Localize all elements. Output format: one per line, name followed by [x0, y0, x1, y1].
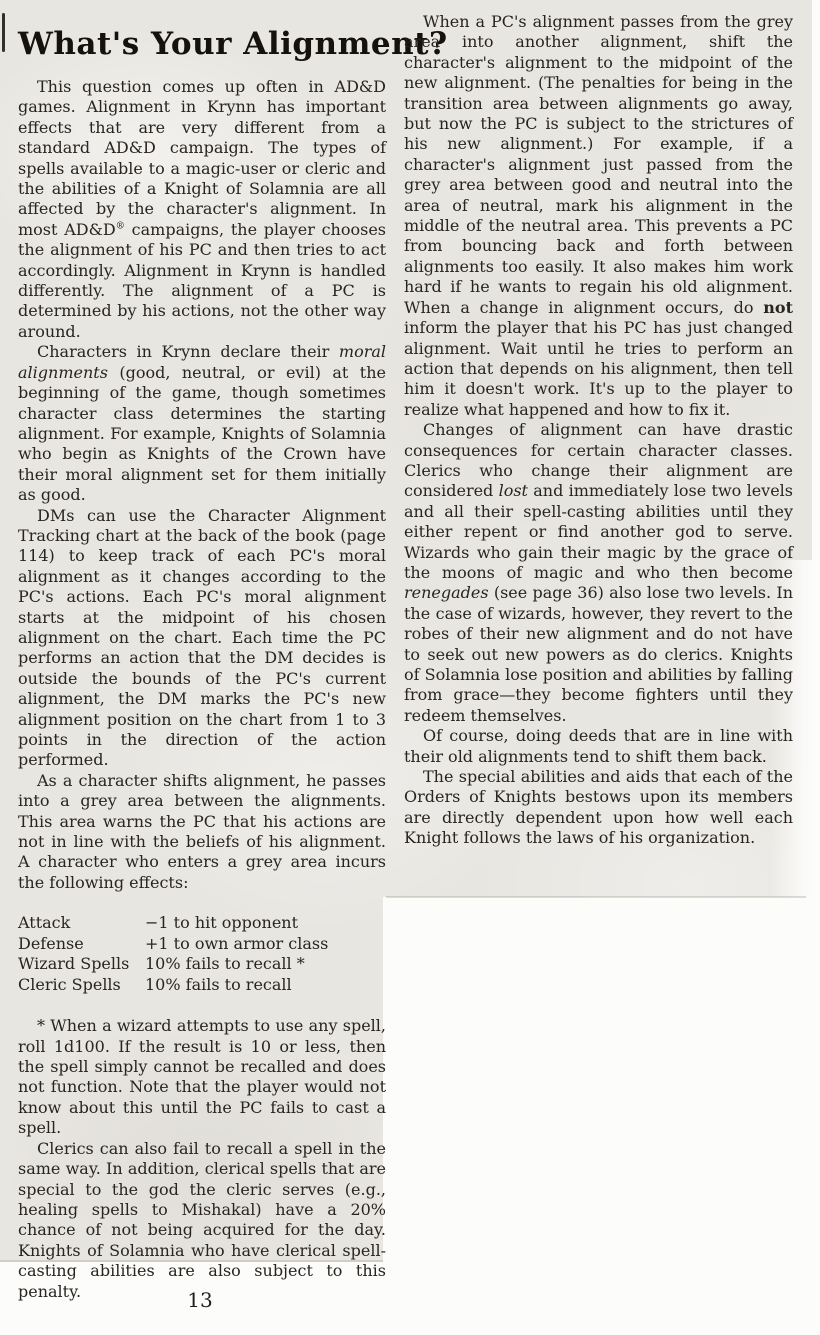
left-column: What's Your Alignment? This question com…	[18, 26, 386, 1302]
table-row: Attack −1 to hit opponent	[18, 913, 386, 934]
paragraph: The special abilities and aids that each…	[404, 767, 793, 849]
effect-label: Wizard Spells	[18, 954, 145, 975]
effect-label: Attack	[18, 913, 145, 934]
paragraph: Changes of alignment can have drastic co…	[404, 420, 793, 726]
grey-area-effects-table: Attack −1 to hit opponent Defense +1 to …	[18, 913, 386, 995]
paragraph: Characters in Krynn declare their moral …	[18, 342, 386, 505]
right-column: When a PC's alignment passes from the gr…	[404, 12, 793, 849]
effect-label: Defense	[18, 934, 145, 955]
scanned-book-page: What's Your Alignment? This question com…	[0, 0, 820, 1335]
footnotes: * When a wizard attempts to use any spel…	[18, 1016, 386, 1302]
effect-value: −1 to hit opponent	[145, 913, 298, 934]
paragraph: This question comes up often in AD&D gam…	[18, 77, 386, 342]
page-title: What's Your Alignment?	[18, 26, 386, 62]
paragraph: As a character shifts alignment, he pass…	[18, 771, 386, 893]
effect-value: +1 to own armor class	[145, 934, 328, 955]
table-row: Defense +1 to own armor class	[18, 934, 386, 955]
effect-label: Cleric Spells	[18, 975, 145, 996]
paragraph: When a PC's alignment passes from the gr…	[404, 12, 793, 420]
effect-value: 10% fails to recall *	[145, 954, 305, 975]
effect-value: 10% fails to recall	[145, 975, 292, 996]
paragraph: DMs can use the Character Alignment Trac…	[18, 506, 386, 771]
footnote-paragraph: * When a wizard attempts to use any spel…	[18, 1016, 386, 1138]
page-number: 13	[172, 1288, 228, 1312]
table-row: Wizard Spells 10% fails to recall *	[18, 954, 386, 975]
paragraph: Of course, doing deeds that are in line …	[404, 726, 793, 767]
scan-edge-artifact	[2, 13, 5, 52]
table-row: Cleric Spells 10% fails to recall	[18, 975, 386, 996]
footnote-paragraph: Clerics can also fail to recall a spell …	[18, 1139, 386, 1302]
scan-bottom-edge-shadow-right-column	[386, 896, 806, 898]
